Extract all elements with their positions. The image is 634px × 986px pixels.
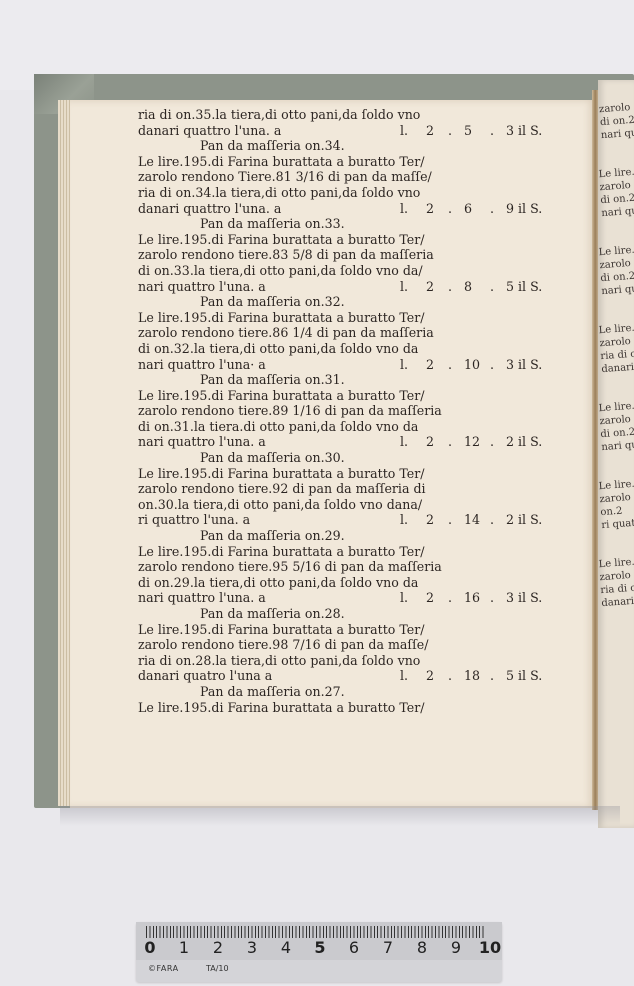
ruler-model: TA/10 [206,964,229,973]
line-text: Le lire.195.di Farina burattata a buratt… [138,544,425,559]
amount-part: 10 [464,357,490,373]
facing-page-paragraph: zarolodi on.2nari qu [599,101,634,142]
text-line: Le lire.195.di Farina burattata a buratt… [138,388,578,404]
line-text: ria di on.28.la tiera,di otto pani,da ſo… [138,653,420,668]
text-line: on.30.la tiera,di otto pani,da ſoldo vno… [138,497,578,513]
facing-page-line: nari qua [601,439,634,454]
section-heading: Pan da maſſeria on.30. [138,450,578,466]
text-line: zarolo rendono Tiere.81 3/16 di pan da m… [138,169,578,185]
line-text: di on.33.la tiera,di otto pani,da ſoldo … [138,263,423,278]
separator: . [490,357,506,373]
separator: . [448,201,464,217]
line-text: Le lire.195.di Farina burattata a buratt… [138,466,425,481]
separator: . [448,357,464,373]
line-text: Pan da maſſeria on.34. [200,138,345,153]
amount-part: 5 il S. [506,668,524,684]
separator: . [490,668,506,684]
amount-part: l. [400,279,426,295]
text-line: Le lire.195.di Farina burattata a buratt… [138,154,578,170]
text-line: Le lire.195.di Farina burattata a buratt… [138,700,578,716]
facing-page-paragraph: Le lire.zarolo rdi on.2nari quat [598,166,634,220]
facing-page-paragraph: Le lire.1zarolo rdi on.2nari qua [598,400,634,454]
text-line: di on.33.la tiera,di otto pani,da ſoldo … [138,263,578,279]
line-text: Pan da maſſeria on.28. [200,606,345,621]
line-text: Le lire.195.di Farina burattata a buratt… [138,310,425,325]
amount-part: 2 [426,357,448,373]
line-text: nari quattro l'una. a [138,279,266,294]
line-text: zarolo rendono tiere.95 5/16 di pan da m… [138,559,442,574]
line-text: di on.29.la tiera,di otto pani,da ſoldo … [138,575,418,590]
line-text: Pan da maſſeria on.29. [200,528,345,543]
amount-part: l. [400,201,426,217]
line-text: ria di on.35.la tiera,di otto pani,da ſo… [138,107,420,122]
line-text: danari quattro l'una. a [138,201,281,216]
ruler-numbers: 012345678910 [142,938,498,958]
line-text: danari quatro l'una a [138,668,272,683]
amount-part: 5 il S. [506,279,524,295]
facing-page-paragraph: Le lire.1zaroloria di odanari [598,322,634,376]
price-amount: l.2.16.3 il S. [400,590,524,606]
separator: . [490,434,506,450]
amount-part: 2 il S. [506,512,524,528]
price-amount: l.2.6.9 il S. [400,201,524,217]
separator: . [448,512,464,528]
line-text: Le lire.195.di Farina burattata a buratt… [138,232,425,247]
facing-page-paragraph: Le lire.zaroloon.2ri quatt [598,478,634,532]
amount-part: l. [400,123,426,139]
text-line: Le lire.195.di Farina burattata a buratt… [138,310,578,326]
text-line: danari quattro l'una. al.2.5.3 il S. [138,123,578,139]
ruler-number: 5 [314,938,325,957]
line-text: zarolo rendono tiere.86 1/4 di pan da ma… [138,325,434,340]
amount-part: 2 il S. [506,434,524,450]
text-line: Le lire.195.di Farina burattata a buratt… [138,232,578,248]
text-line: zarolo rendono tiere.83 5/8 di pan da ma… [138,247,578,263]
amount-part: 16 [464,590,490,606]
amount-part: l. [400,434,426,450]
ruler-number: 1 [179,938,189,957]
section-heading: Pan da maſſeria on.29. [138,528,578,544]
price-amount: l.2.8.5 il S. [400,279,524,295]
text-line: di on.32.la tiera,di otto pani,da ſoldo … [138,341,578,357]
line-text: nari quattro l'una· a [138,357,266,372]
amount-part: 9 il S. [506,201,524,217]
text-line: Le lire.195.di Farina burattata a buratt… [138,466,578,482]
ruler-number: 0 [144,938,155,957]
text-line: nari quattro l'una· al.2.10.3 il S. [138,357,578,373]
separator: . [448,123,464,139]
amount-part: 5 [464,123,490,139]
amount-part: 2 [426,512,448,528]
separator: . [490,123,506,139]
page-text: ria di on.35.la tiera,di otto pani,da ſo… [138,107,578,715]
text-line: nari quattro l'una. al.2.16.3 il S. [138,590,578,606]
amount-part: l. [400,357,426,373]
text-line: ri quattro l'una. al.2.14.2 il S. [138,512,578,528]
ruler-ticks [146,926,486,938]
ruler-number: 7 [383,938,393,957]
line-text: ri quattro l'una. a [138,512,250,527]
line-text: zarolo rendono tiere.83 5/8 di pan da ma… [138,247,434,262]
text-line: danari quattro l'una. al.2.6.9 il S. [138,201,578,217]
line-text: Le lire.195.di Farina burattata a buratt… [138,700,425,715]
section-heading: Pan da maſſeria on.34. [138,138,578,154]
line-text: danari quattro l'una. a [138,123,281,138]
text-line: zarolo rendono tiere.98 7/16 di pan da m… [138,637,578,653]
page-shadow [60,806,620,826]
price-amount: l.2.18.5 il S. [400,668,524,684]
separator: . [448,434,464,450]
ruler-number: 10 [479,938,501,957]
line-text: zarolo rendono tiere.89 1/16 di pan da m… [138,403,442,418]
separator: . [490,590,506,606]
line-text: di on.32.la tiera,di otto pani,da ſoldo … [138,341,418,356]
line-text: zarolo rendono tiere.92 di pan da maſſer… [138,481,426,496]
section-heading: Pan da maſſeria on.33. [138,216,578,232]
line-text: nari quattro l'una. a [138,590,266,605]
text-line: nari quattro l'una. al.2.8.5 il S. [138,279,578,295]
facing-page-line: zarolo [599,491,634,506]
amount-part: 3 il S. [506,590,524,606]
text-line: ria di on.34.la tiera,di otto pani,da ſo… [138,185,578,201]
amount-part: 2 [426,668,448,684]
section-heading: Pan da maſſeria on.32. [138,294,578,310]
amount-part: l. [400,590,426,606]
ruler-number: 3 [247,938,257,957]
facing-page-line: nari quat [601,205,634,220]
line-text: zarolo rendono Tiere.81 3/16 di pan da m… [138,169,432,184]
text-line: zarolo rendono tiere.86 1/4 di pan da ma… [138,325,578,341]
ruler-number: 4 [281,938,291,957]
amount-part: 6 [464,201,490,217]
separator: . [448,668,464,684]
facing-page-line: danari q [601,595,634,610]
separator: . [490,512,506,528]
ruler-brand: ©FARA [148,964,179,973]
ruler-number: 9 [451,938,461,957]
facing-page-line: ri quatt [601,517,634,532]
amount-part: 3 il S. [506,123,524,139]
line-text: Le lire.195.di Farina burattata a buratt… [138,388,425,403]
text-line: Le lire.195.di Farina burattata a buratt… [138,544,578,560]
facing-page-line: nari qu [600,127,634,142]
price-amount: l.2.10.3 il S. [400,357,524,373]
separator: . [490,279,506,295]
amount-part: l. [400,512,426,528]
amount-part: 2 [426,279,448,295]
facing-page-paragraph: Le lire.1zarolo rria di odanari q [598,556,634,610]
line-text: ria di on.34.la tiera,di otto pani,da ſo… [138,185,420,200]
line-text: Pan da maſſeria on.32. [200,294,345,309]
amount-part: 2 [426,123,448,139]
line-text: Pan da maſſeria on.30. [200,450,345,465]
section-heading: Pan da maſſeria on.31. [138,372,578,388]
line-text: Pan da maſſeria on.33. [200,216,345,231]
amount-part: 3 il S. [506,357,524,373]
separator: . [490,201,506,217]
text-line: Le lire.195.di Farina burattata a buratt… [138,622,578,638]
separator: . [448,279,464,295]
text-line: danari quatro l'una al.2.18.5 il S. [138,668,578,684]
amount-part: l. [400,668,426,684]
price-amount: l.2.14.2 il S. [400,512,524,528]
line-text: on.30.la tiera,di otto pani,da ſoldo vno… [138,497,422,512]
section-heading: Pan da maſſeria on.27. [138,684,578,700]
line-text: Pan da maſſeria on.27. [200,684,345,699]
facing-page: zarolodi on.2nari quLe lire.zarolo rdi o… [598,80,634,828]
facing-page-line: danari [601,361,634,376]
scale-ruler: 012345678910 ©FARA TA/10 [136,922,502,982]
line-text: Le lire.195.di Farina burattata a buratt… [138,622,425,637]
ruler-number: 6 [349,938,359,957]
text-line: ria di on.28.la tiera,di otto pani,da ſo… [138,653,578,669]
amount-part: 18 [464,668,490,684]
section-heading: Pan da maſſeria on.28. [138,606,578,622]
amount-part: 2 [426,201,448,217]
ruler-number: 2 [213,938,223,957]
facing-page-line: nari qua [601,283,634,298]
amount-part: 8 [464,279,490,295]
price-amount: l.2.5.3 il S. [400,123,524,139]
text-line: ria di on.35.la tiera,di otto pani,da ſo… [138,107,578,123]
line-text: di on.31.la tiera.di otto pani,da ſoldo … [138,419,418,434]
amount-part: 2 [426,590,448,606]
line-text: Pan da maſſeria on.31. [200,372,345,387]
amount-part: 2 [426,434,448,450]
text-line: nari quattro l'una. al.2.12.2 il S. [138,434,578,450]
amount-part: 12 [464,434,490,450]
ruler-number: 8 [417,938,427,957]
line-text: zarolo rendono tiere.98 7/16 di pan da m… [138,637,428,652]
text-line: di on.31.la tiera.di otto pani,da ſoldo … [138,419,578,435]
amount-part: 14 [464,512,490,528]
text-line: zarolo rendono tiere.95 5/16 di pan da m… [138,559,578,575]
line-text: nari quattro l'una. a [138,434,266,449]
text-line: zarolo rendono tiere.92 di pan da maſſer… [138,481,578,497]
text-line: di on.29.la tiera,di otto pani,da ſoldo … [138,575,578,591]
facing-page-paragraph: Le lire.1zarolo rdi on.2nari qua [598,244,634,298]
line-text: Le lire.195.di Farina burattata a buratt… [138,154,425,169]
text-line: zarolo rendono tiere.89 1/16 di pan da m… [138,403,578,419]
price-amount: l.2.12.2 il S. [400,434,524,450]
separator: . [448,590,464,606]
